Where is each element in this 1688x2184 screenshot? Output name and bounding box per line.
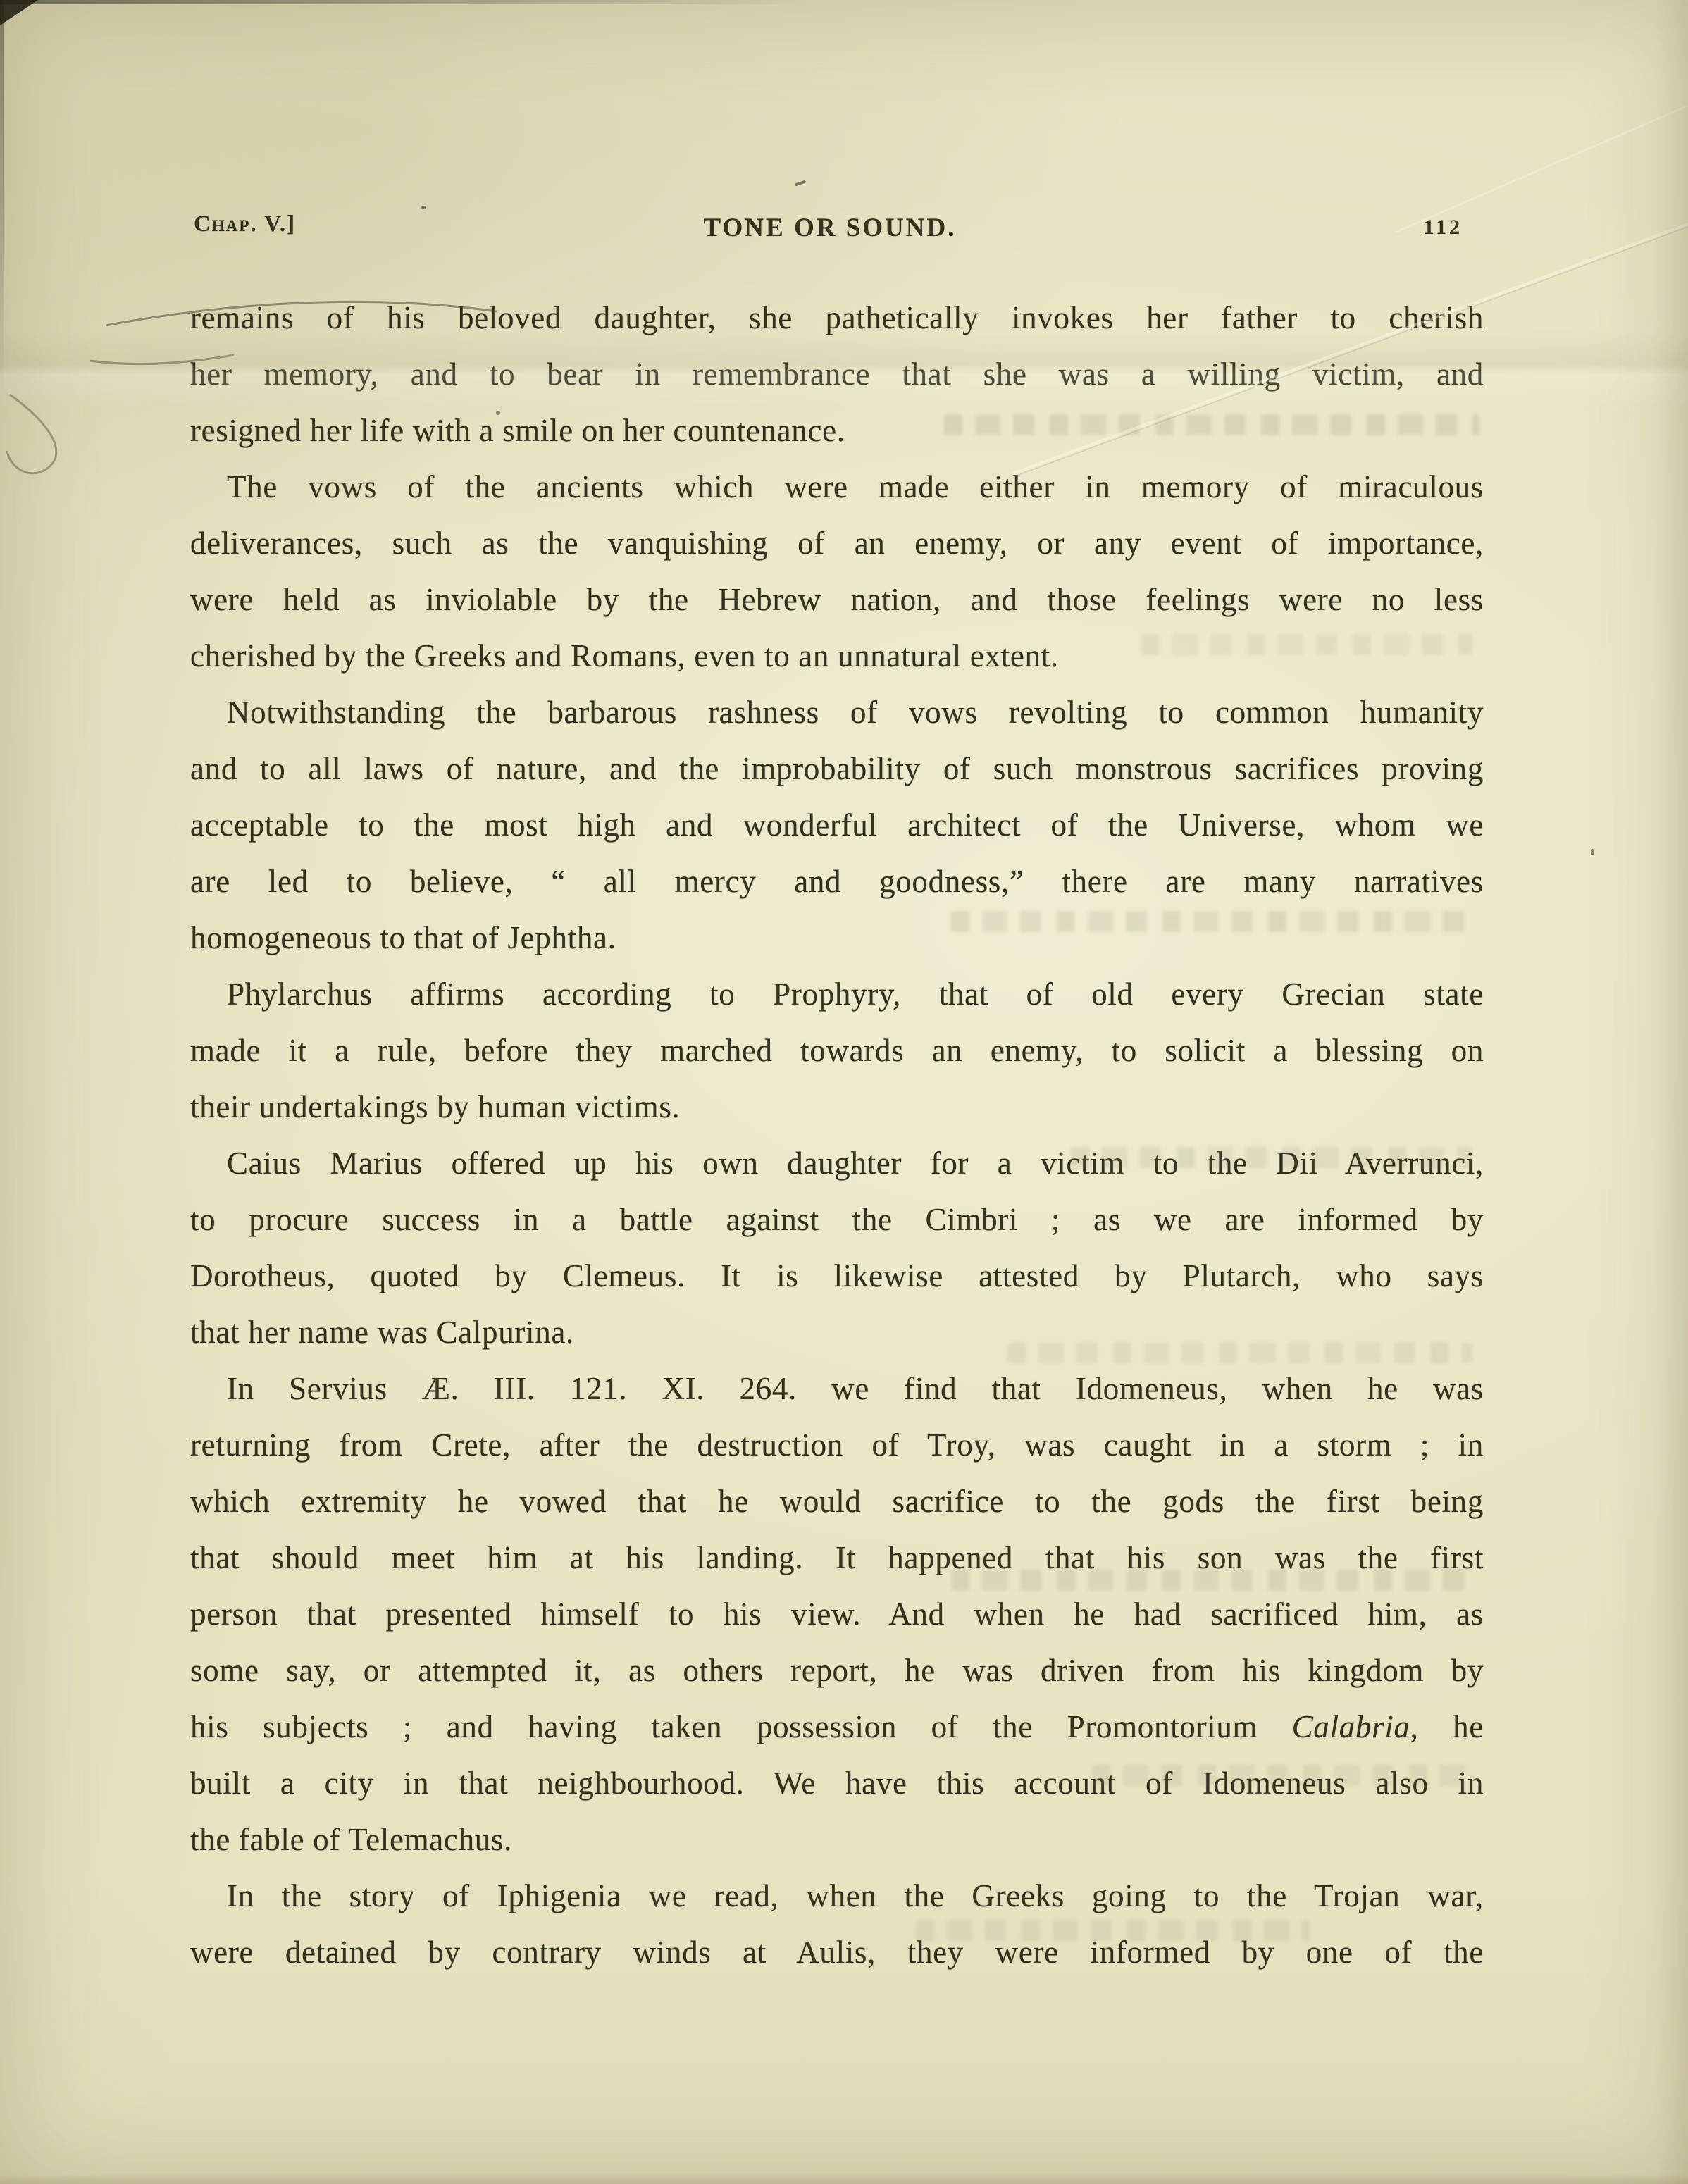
edge-shadow-bottom — [0, 2174, 1688, 2184]
text-line: Notwithstanding the barbarous rashness o… — [190, 684, 1484, 740]
text-line: that should meet him at his landing. It … — [190, 1530, 1484, 1586]
text-line: made it a rule, before they marched towa… — [190, 1022, 1484, 1079]
text-line: homogeneous to that of Jephtha. — [190, 910, 1484, 966]
paragraph: Notwithstanding the barbarous rashness o… — [190, 684, 1484, 966]
text-line: returning from Crete, after the destruct… — [190, 1417, 1484, 1473]
text-line: his subjects ; and having taken possessi… — [190, 1699, 1484, 1755]
text-line: built a city in that neighbourhood. We h… — [190, 1755, 1484, 1811]
ink-speck — [795, 180, 806, 187]
text-line: deliverances, such as the vanquishing of… — [190, 515, 1484, 571]
text-line: Phylarchus affirms according to Prophyry… — [190, 966, 1484, 1022]
ink-speck — [421, 206, 426, 209]
text-line: are led to believe, “ all mercy and good… — [190, 853, 1484, 910]
page-body: remains of his beloved daughter, she pat… — [190, 290, 1484, 1980]
book-page-scan: Chap. V.] TONE OR SOUND. 112 remains of … — [0, 0, 1688, 2184]
text-line: person that presented himself to his vie… — [190, 1586, 1484, 1642]
text-line: her memory, and to bear in remembrance t… — [190, 346, 1484, 402]
ink-speck — [1591, 849, 1594, 855]
page-number: 112 — [1424, 216, 1463, 240]
chapter-label: Chap. V.] — [194, 211, 296, 237]
paragraph: In Servius Æ. III. 121. XI. 264. we find… — [190, 1360, 1484, 1868]
text-line: were detained by contrary winds at Aulis… — [190, 1924, 1484, 1980]
text-line: and to all laws of nature, and the impro… — [190, 740, 1484, 797]
running-header: Chap. V.] TONE OR SOUND. 112 — [0, 211, 1688, 254]
edge-shadow-left — [0, 0, 4, 395]
text-line: some say, or attempted it, as others rep… — [190, 1642, 1484, 1699]
text-line: were held as inviolable by the Hebrew na… — [190, 571, 1484, 628]
ink-speck — [496, 411, 500, 415]
text-line: In the story of Iphigenia we read, when … — [190, 1868, 1484, 1924]
text-line: resigned her life with a smile on her co… — [190, 402, 1484, 459]
paragraph: Caius Marius offered up his own daughter… — [190, 1135, 1484, 1360]
edge-shadow-right — [1656, 0, 1688, 2184]
text-line: The vows of the ancients which were made… — [190, 459, 1484, 515]
text-line: their undertakings by human victims. — [190, 1079, 1484, 1135]
text-line: Dorotheus, quoted by Clemeus. It is like… — [190, 1248, 1484, 1304]
text-line: which extremity he vowed that he would s… — [190, 1473, 1484, 1530]
text-line: In Servius Æ. III. 121. XI. 264. we find… — [190, 1360, 1484, 1417]
text-line: remains of his beloved daughter, she pat… — [190, 290, 1484, 346]
text-line: to procure success in a battle against t… — [190, 1191, 1484, 1248]
paragraph: The vows of the ancients which were made… — [190, 459, 1484, 684]
text-line: acceptable to the most high and wonderfu… — [190, 797, 1484, 853]
text-line: Caius Marius offered up his own daughter… — [190, 1135, 1484, 1191]
paragraph: remains of his beloved daughter, she pat… — [190, 290, 1484, 459]
text-line: cherished by the Greeks and Romans, even… — [190, 628, 1484, 684]
edge-shadow-top — [0, 0, 810, 4]
page-title: TONE OR SOUND. — [704, 213, 957, 243]
text-line: the fable of Telemachus. — [190, 1811, 1484, 1868]
text-line: that her name was Calpurina. — [190, 1304, 1484, 1360]
paragraph: Phylarchus affirms according to Prophyry… — [190, 966, 1484, 1135]
paragraph: In the story of Iphigenia we read, when … — [190, 1868, 1484, 1980]
